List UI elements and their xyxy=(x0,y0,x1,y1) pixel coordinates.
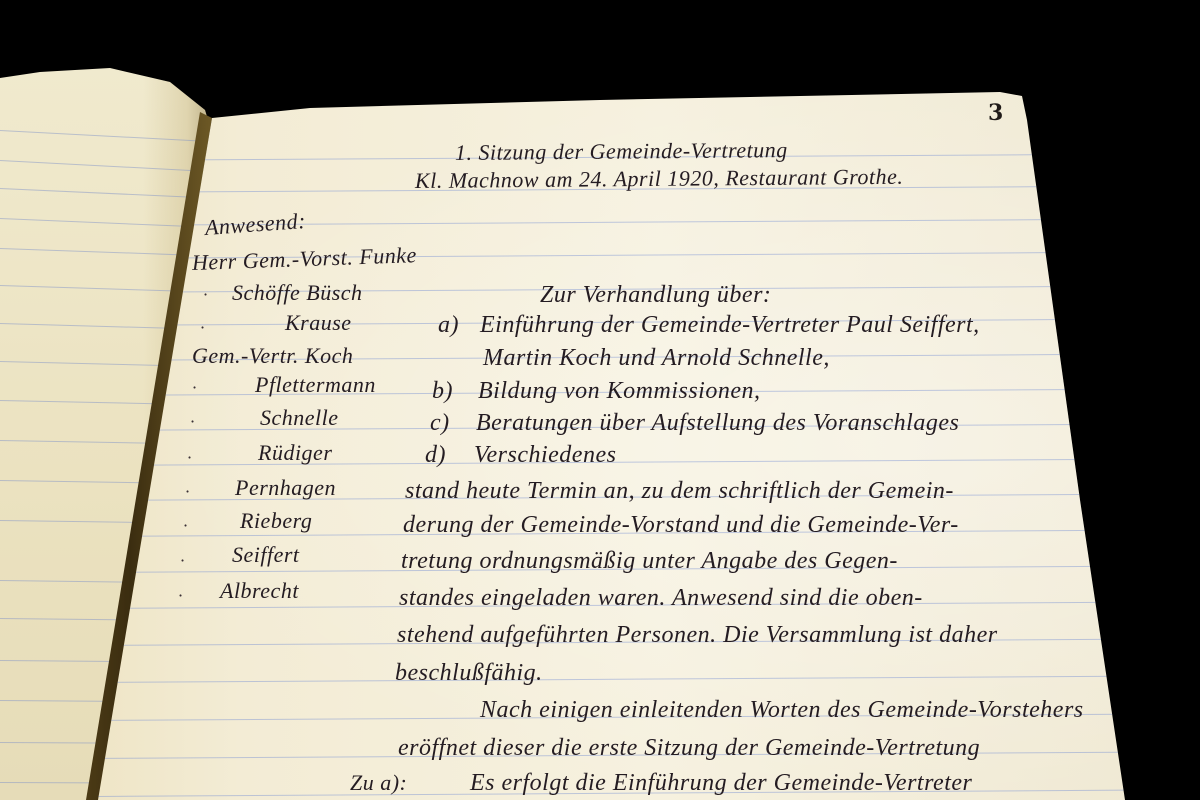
attendee: Seiffert xyxy=(232,542,300,568)
ruled-line xyxy=(90,675,1190,683)
ditto-mark: · xyxy=(190,412,195,431)
attendee: Herr Gem.-Vorst. Funke xyxy=(192,242,418,276)
notebook-photo: 3 1. Sitzung der Gemeinde-Vertretung Kl.… xyxy=(0,0,1200,800)
agenda-item: Einführung der Gemeinde-Vertreter Paul S… xyxy=(480,312,980,339)
attendee: Gem.-Vertr. Koch xyxy=(192,343,353,369)
paragraph-line: Nach einigen einleitenden Worten des Gem… xyxy=(480,697,1084,724)
ditto-mark: · xyxy=(203,285,208,304)
agenda-item: Verschiedenes xyxy=(474,442,616,469)
heading-line-2: Kl. Machnow am 24. April 1920, Restauran… xyxy=(415,164,904,194)
attendance-label: Anwesend: xyxy=(204,208,307,241)
ruled-line xyxy=(90,458,1190,466)
ditto-mark: · xyxy=(180,551,185,570)
attendee: Rieberg xyxy=(240,508,312,534)
body-line: stand heute Termin an, zu dem schriftlic… xyxy=(405,478,954,505)
margin-note: Zu a): xyxy=(350,770,407,796)
paragraph-line: Es erfolgt die Einführung der Gemeinde-V… xyxy=(470,770,972,797)
attendee: Schnelle xyxy=(260,405,339,431)
agenda-item: Martin Koch und Arnold Schnelle, xyxy=(483,345,830,372)
attendee: Pflettermann xyxy=(255,372,376,398)
attendee: Schöffe Büsch xyxy=(232,280,363,306)
ditto-mark: · xyxy=(200,318,205,337)
agenda-marker: c) xyxy=(430,410,450,437)
ditto-mark: · xyxy=(178,586,183,605)
ditto-mark: · xyxy=(192,378,197,397)
attendee: Pernhagen xyxy=(235,475,336,501)
ditto-mark: · xyxy=(185,482,190,501)
body-line: derung der Gemeinde-Vorstand und die Gem… xyxy=(403,512,959,539)
ditto-mark: · xyxy=(187,448,192,467)
agenda-marker: d) xyxy=(425,442,446,469)
paragraph-line: eröffnet dieser die erste Sitzung der Ge… xyxy=(398,735,980,762)
agenda-item: Bildung von Kommissionen, xyxy=(478,378,761,405)
heading-line-1: 1. Sitzung der Gemeinde-Vertretung xyxy=(455,137,788,166)
attendee: Rüdiger xyxy=(258,440,332,466)
body-line: stehend aufgeführten Personen. Die Versa… xyxy=(397,622,998,649)
agenda-marker: a) xyxy=(438,312,459,339)
attendee: Albrecht xyxy=(220,578,299,604)
agenda-item: Beratungen über Aufstellung des Voransch… xyxy=(476,410,959,437)
ditto-mark: · xyxy=(183,516,188,535)
agenda-label: Zur Verhandlung über: xyxy=(540,282,771,309)
body-line: beschlußfähig. xyxy=(395,660,543,687)
body-line: tretung ordnungsmäßig unter Angabe des G… xyxy=(401,548,898,575)
agenda-marker: b) xyxy=(432,378,453,405)
page-number: 3 xyxy=(988,100,1003,126)
attendee: Krause xyxy=(285,310,352,336)
body-line: standes eingeladen waren. Anwesend sind … xyxy=(399,585,923,612)
